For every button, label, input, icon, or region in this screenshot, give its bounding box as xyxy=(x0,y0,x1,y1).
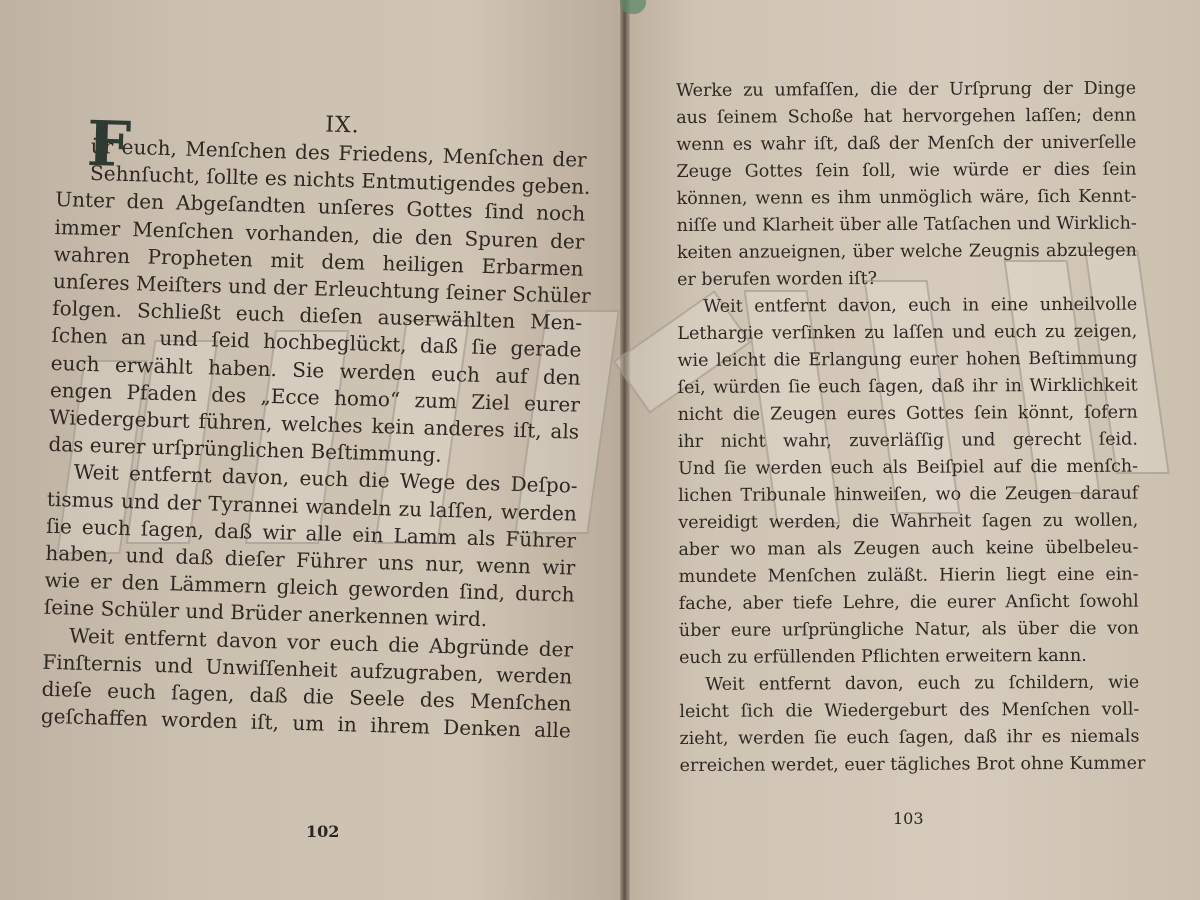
text-line: ihr nicht wahr, zuverläſſig und gerecht … xyxy=(678,427,1138,456)
left-page-text: IX. F ür euch, Menſchen des Friedens, Me… xyxy=(41,105,588,745)
text-line: er berufen worden iſt? xyxy=(677,265,1137,294)
text-line: Zeuge Gottes ſein ſoll, wie würde er die… xyxy=(676,157,1136,186)
text-line: niſſe und Klarheit über alle Tatſachen u… xyxy=(677,211,1137,240)
text-line: aber wo man als Zeugen auch keine übelbe… xyxy=(678,535,1138,564)
text-line: zieht, werden ſie euch ſagen, daß ihr es… xyxy=(679,724,1139,753)
text-line: lichen Tribunale hinweiſen, wo die Zeuge… xyxy=(678,481,1138,510)
text-line: aus ſeinem Schoße hat hervorgehen laſſen… xyxy=(676,103,1136,132)
text-line: über eure urſprüngliche Natur, als über … xyxy=(679,616,1139,645)
text-line: vereidigt werden, die Wahrheit ſagen zu … xyxy=(678,508,1138,537)
book-spine xyxy=(620,0,630,900)
text-line: Lethargie verſinken zu laſſen und euch z… xyxy=(677,319,1137,348)
text-line: können, wenn es ihm unmöglich wäre, ſich… xyxy=(677,184,1137,213)
text-line: mundete Menſchen zuläßt. Hierin liegt ei… xyxy=(679,562,1139,591)
text-line: wie leicht die Erlangung eurer hohen Beſ… xyxy=(677,346,1137,375)
text-line: Und ſie werden euch als Beiſpiel auf die… xyxy=(678,454,1138,483)
text-line: Weit entfernt davon, euch zu ſchildern, … xyxy=(679,670,1139,699)
text-line: leicht ſich die Wiedergeburt des Menſche… xyxy=(679,697,1139,726)
right-page-text: Werke zu umfaſſen, die der Urſprung der … xyxy=(676,76,1140,780)
text-line: keiten anzueignen, über welche Zeugnis a… xyxy=(677,238,1137,267)
page-number-left: 102 xyxy=(306,822,339,841)
text-line: Weit entfernt davon, euch in eine unheil… xyxy=(677,292,1137,321)
open-book-spread: IX. F ür euch, Menſchen des Friedens, Me… xyxy=(0,0,1200,900)
text-line: euch zu erfüllenden Pflichten erweitern … xyxy=(679,643,1139,672)
text-line: ſei, würden ſie euch ſagen, daß ihr in W… xyxy=(678,373,1138,402)
page-number-right: 103 xyxy=(893,809,924,828)
text-line: fache, aber tiefe Lehre, die eurer Anſic… xyxy=(679,589,1139,618)
drop-cap: F xyxy=(86,114,132,175)
text-line: erreichen werdet, euer tägliches Brot oh… xyxy=(680,751,1140,780)
text-line: nicht die Zeugen eures Gottes ſein könnt… xyxy=(678,400,1138,429)
text-line: Werke zu umfaſſen, die der Urſprung der … xyxy=(676,76,1136,105)
text-line: wenn es wahr iſt, daß der Menſch der uni… xyxy=(676,130,1136,159)
